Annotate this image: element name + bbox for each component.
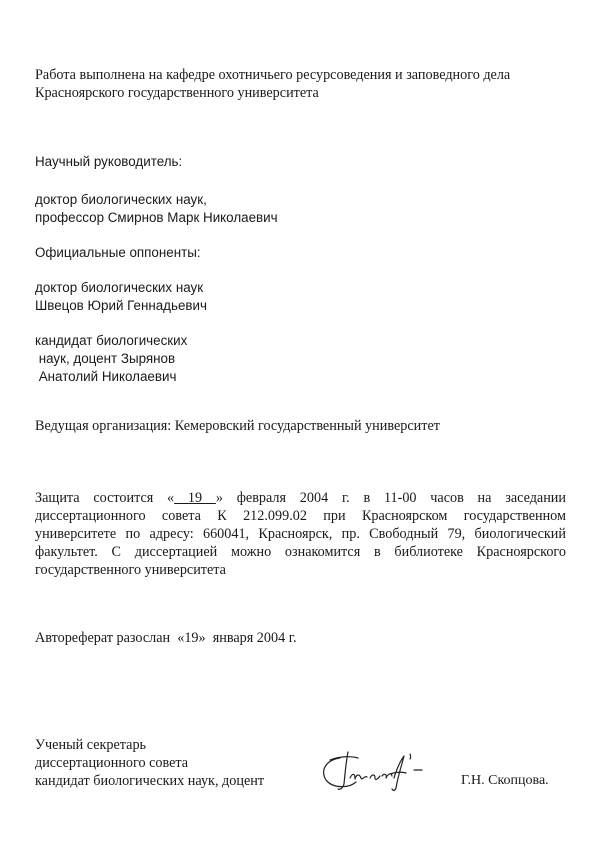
- header-line: Красноярского государственного университ…: [35, 84, 510, 102]
- leading-organization: Ведущая организация: Кемеровский государ…: [35, 417, 440, 435]
- defense-line: факультет. С диссертацией можно ознакоми…: [35, 543, 566, 561]
- defense-paragraph: Защита состоится « 19 » февраля 2004 г. …: [35, 489, 566, 579]
- signer-name: Г.Н. Скопцова.: [461, 772, 549, 790]
- defense-line: университете по адресу: 660041, Краснояр…: [35, 525, 566, 543]
- opponent-line: доктор биологических наук: [35, 279, 207, 297]
- document-page: Работа выполнена на кафедре охотничьего …: [0, 0, 600, 860]
- secretary-line: Ученый секретарь: [35, 736, 264, 754]
- defense-line: государственного университета: [35, 561, 566, 579]
- header-line: Работа выполнена на кафедре охотничьего …: [35, 66, 510, 84]
- opponent-2-block: кандидат биологических наук, доцент Зыря…: [35, 332, 187, 386]
- secretary-line: диссертационного совета: [35, 754, 264, 772]
- secretary-line: кандидат биологических наук, доцент: [35, 772, 264, 790]
- handwritten-signature-icon: [318, 748, 443, 793]
- supervisor-line: профессор Смирнов Марк Николаевич: [35, 209, 278, 227]
- opponent-line: наук, доцент Зырянов: [35, 350, 187, 368]
- secretary-block: Ученый секретарь диссертационного совета…: [35, 736, 264, 790]
- defense-day: 19: [174, 490, 216, 506]
- supervisor-line: доктор биологических наук,: [35, 191, 278, 209]
- opponent-line: Анатолий Николаевич: [35, 368, 187, 386]
- opponents-label: Официальные оппоненты:: [35, 244, 201, 262]
- defense-line: Защита состоится « 19 » февраля 2004 г. …: [35, 489, 566, 507]
- supervisor-label: Научный руководитель:: [35, 153, 182, 171]
- defense-line: диссертационного совета К 212.099.02 при…: [35, 507, 566, 525]
- supervisor-block: доктор биологических наук, профессор Сми…: [35, 191, 278, 227]
- opponent-line: кандидат биологических: [35, 332, 187, 350]
- opponent-1-block: доктор биологических наук Швецов Юрий Ге…: [35, 279, 207, 315]
- mailing-date: Автореферат разослан «19» января 2004 г.: [35, 629, 297, 647]
- header-block: Работа выполнена на кафедре охотничьего …: [35, 66, 510, 102]
- opponent-line: Швецов Юрий Геннадьевич: [35, 297, 207, 315]
